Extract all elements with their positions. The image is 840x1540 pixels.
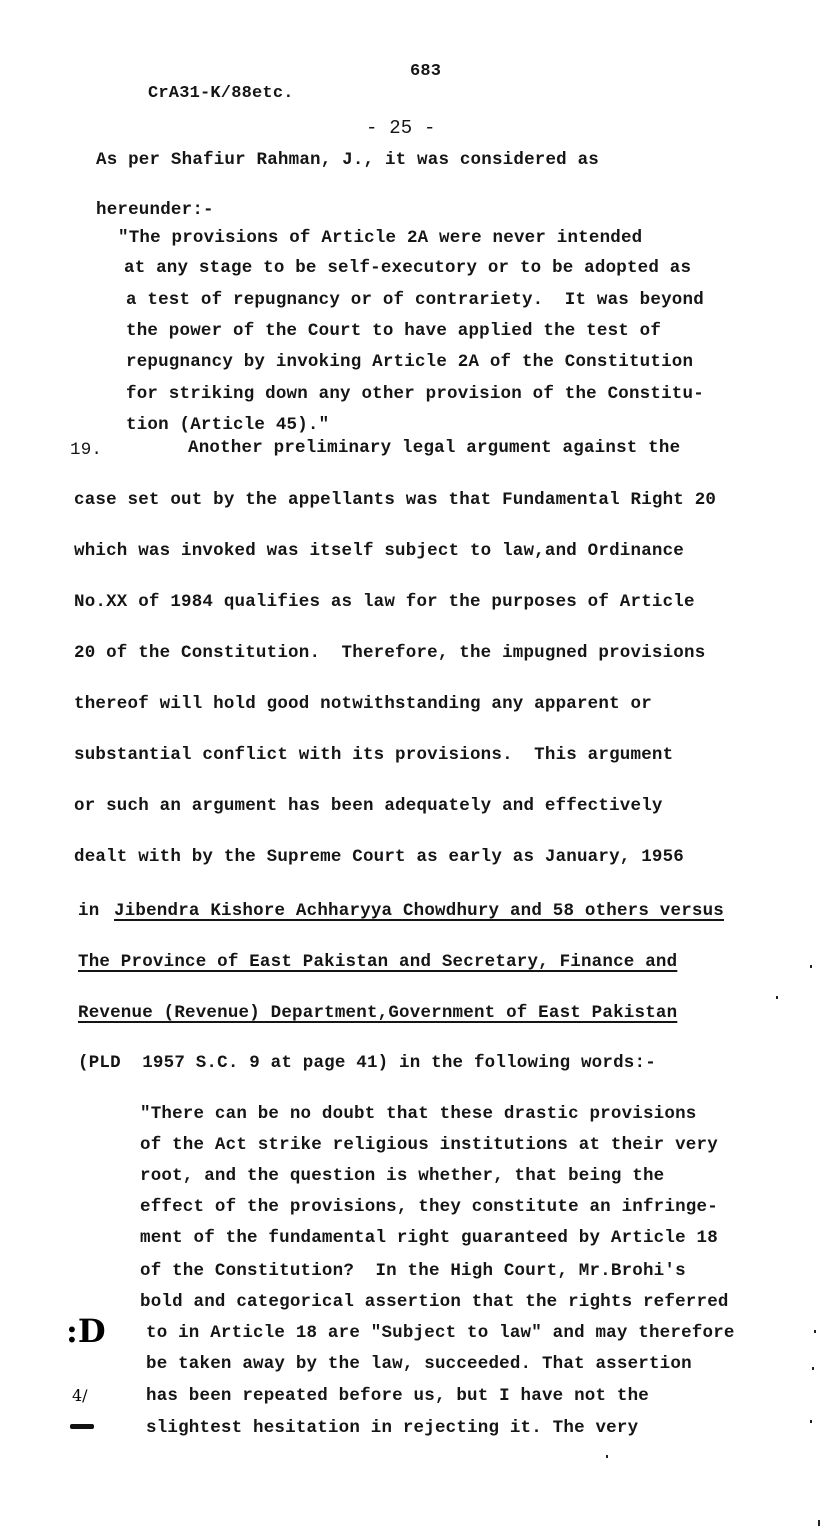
case-citation-line: Jibendra Kishore Achharyya Chowdhury and…	[114, 901, 724, 921]
citation-prefix: in	[78, 901, 110, 921]
paragraph-line: case set out by the appellants was that …	[74, 490, 716, 510]
scan-speck	[818, 1520, 820, 1526]
paragraph-line: 20 of the Constitution. Therefore, the i…	[74, 643, 705, 663]
quote-line: "The provisions of Article 2A were never…	[118, 228, 642, 248]
quote-line: ment of the fundamental right guaranteed…	[140, 1228, 718, 1248]
document-page: 683 CrA31-K/88etc. - 25 - As per Shafiur…	[0, 0, 840, 1540]
paragraph-line: dealt with by the Supreme Court as early…	[74, 847, 684, 867]
scan-speck	[810, 1420, 812, 1423]
quote-line: root, and the question is whether, that …	[140, 1166, 664, 1186]
quote-line: effect of the provisions, they constitut…	[140, 1197, 718, 1217]
paragraph-line: No.XX of 1984 qualifies as law for the p…	[74, 592, 695, 612]
margin-handwritten-mark: :D	[66, 1312, 106, 1350]
page-number: - 25 -	[366, 118, 436, 138]
quote-line: bold and categorical assertion that the …	[140, 1292, 729, 1312]
quote-line: has been repeated before us, but I have …	[146, 1386, 649, 1406]
quote-line: tion (Article 45)."	[126, 415, 329, 435]
scan-speck	[814, 1330, 816, 1333]
case-citation-line: Revenue (Revenue) Department,Government …	[78, 1003, 677, 1023]
page-stamp: 683	[410, 62, 441, 82]
scan-speck	[812, 1367, 814, 1370]
intro-line: As per Shafiur Rahman, J., it was consid…	[96, 150, 599, 170]
quote-line: be taken away by the law, succeeded. Tha…	[146, 1354, 692, 1374]
paragraph-line: or such an argument has been adequately …	[74, 796, 663, 816]
paragraph-line: substantial conflict with its provisions…	[74, 745, 673, 765]
intro-line: hereunder:-	[96, 200, 214, 220]
margin-ink-blot	[70, 1424, 94, 1429]
scan-speck	[776, 996, 778, 999]
quote-line: the power of the Court to have applied t…	[126, 321, 661, 341]
quote-line: for striking down any other provision of…	[126, 384, 704, 404]
law-report-reference: (PLD 1957 S.C. 9 at page 41) in the foll…	[78, 1053, 656, 1073]
quote-line: a test of repugnancy or of contrariety. …	[126, 290, 704, 310]
paragraph-number: 19.	[70, 440, 102, 460]
quote-line: of the Act strike religious institutions…	[140, 1135, 718, 1155]
case-citation-line: The Province of East Pakistan and Secret…	[78, 952, 677, 972]
paragraph-line: thereof will hold good notwithstanding a…	[74, 694, 652, 714]
margin-handwritten-initials: 4/	[72, 1386, 88, 1405]
file-reference: CrA31-K/88etc.	[148, 84, 294, 104]
scan-speck	[810, 965, 812, 968]
quote-line: "There can be no doubt that these drasti…	[140, 1104, 697, 1124]
quote-line: to in Article 18 are "Subject to law" an…	[146, 1323, 735, 1343]
quote-line: slightest hesitation in rejecting it. Th…	[146, 1418, 638, 1438]
paragraph-line: which was invoked was itself subject to …	[74, 541, 684, 561]
quote-line: of the Constitution? In the High Court, …	[140, 1261, 686, 1281]
scan-speck	[606, 1455, 608, 1458]
paragraph-line: Another preliminary legal argument again…	[188, 438, 680, 458]
quote-line: repugnancy by invoking Article 2A of the…	[126, 352, 693, 372]
quote-line: at any stage to be self-executory or to …	[124, 258, 691, 278]
